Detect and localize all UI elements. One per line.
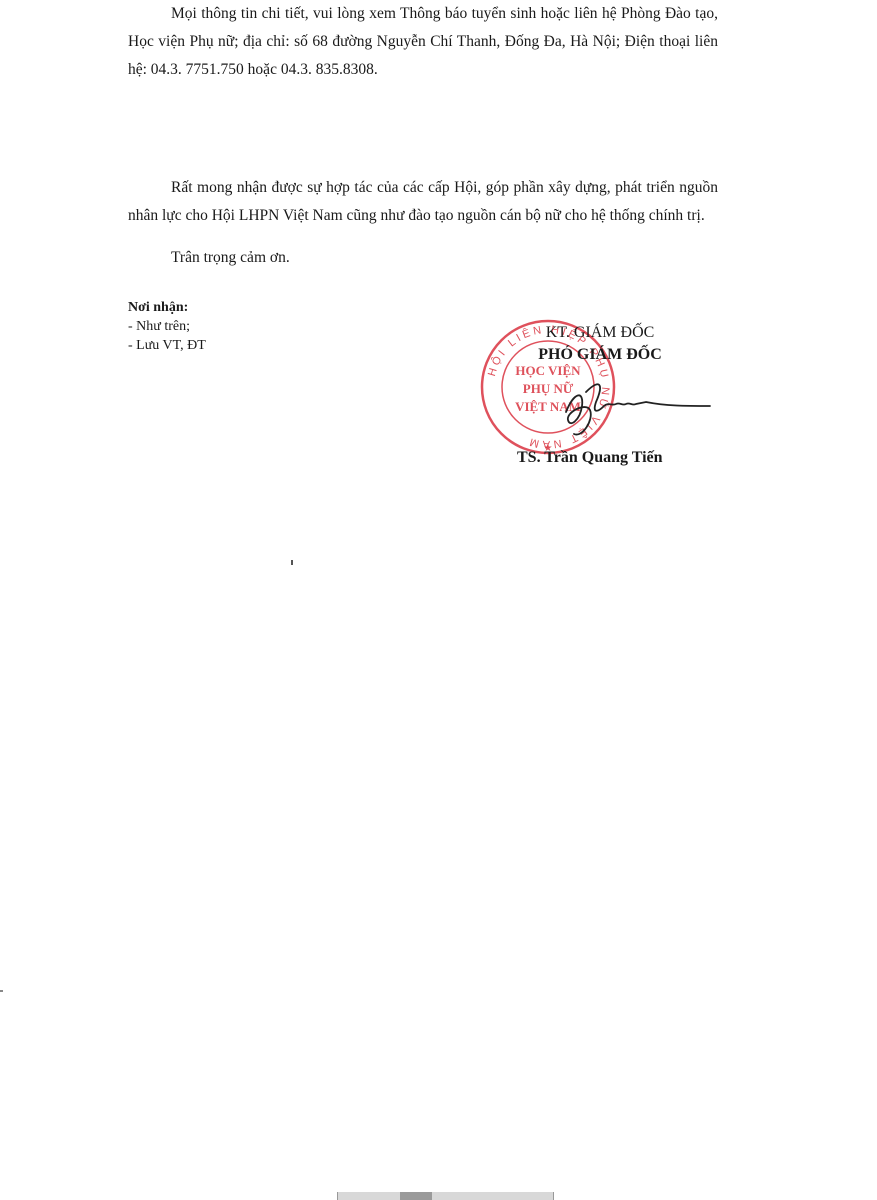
- document-page: Mọi thông tin chi tiết, vui lòng xem Thô…: [0, 0, 877, 1200]
- body-text-3: Trân trọng cảm ơn.: [128, 244, 718, 272]
- thanks-paragraph: Trân trọng cảm ơn.: [128, 244, 718, 272]
- recipient-item: - Như trên;: [128, 317, 206, 336]
- handwritten-signature: [556, 372, 716, 442]
- signature-authority: KT. GIÁM ĐỐC: [490, 322, 710, 344]
- scan-speck: [0, 990, 3, 992]
- recipient-item: - Lưu VT, ĐT: [128, 336, 206, 355]
- recipients-block: Nơi nhận: - Như trên; - Lưu VT, ĐT: [128, 298, 206, 355]
- body-text-2: Rất mong nhận được sự hợp tác của các cấ…: [128, 174, 718, 230]
- scan-edge-bar: [337, 1192, 554, 1200]
- cooperation-paragraph: Rất mong nhận được sự hợp tác của các cấ…: [128, 174, 718, 230]
- signature-icon: [556, 372, 716, 442]
- scan-speck: [291, 560, 293, 565]
- scan-edge-knob: [400, 1192, 432, 1200]
- signature-block: KT. GIÁM ĐỐC PHÓ GIÁM ĐỐC: [490, 322, 710, 366]
- recipients-title: Nơi nhận:: [128, 298, 206, 317]
- signer-name: TS. Trần Quang Tiến: [517, 449, 663, 467]
- contact-info-paragraph: Mọi thông tin chi tiết, vui lòng xem Thô…: [128, 0, 718, 84]
- signature-title: PHÓ GIÁM ĐỐC: [490, 344, 710, 366]
